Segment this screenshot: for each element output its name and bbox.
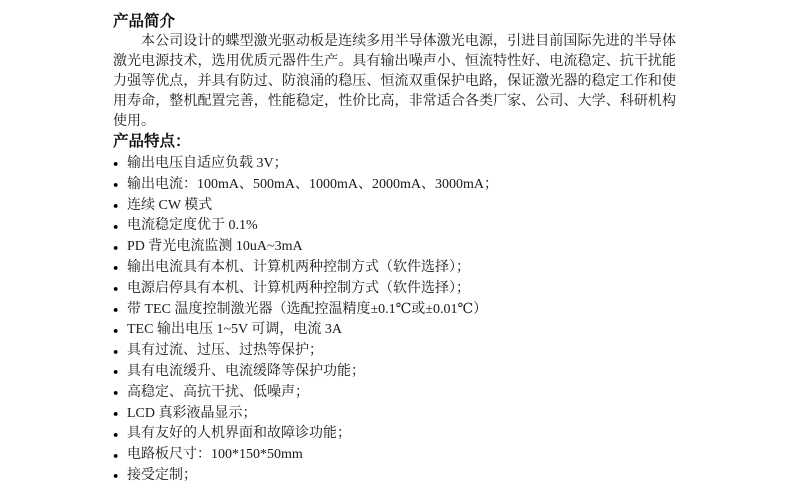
- bullet-icon: ●: [113, 409, 118, 418]
- bullet-icon: ●: [113, 160, 118, 169]
- feature-item: ●带 TEC 温度控制激光器（选配控温精度±0.1℃或±0.01℃）: [113, 300, 676, 321]
- feature-item: ●TEC 输出电压 1~5V 可调，电流 3A: [113, 320, 676, 341]
- feature-item: ●LCD 真彩液晶显示；: [113, 404, 676, 425]
- features-heading: 产品特点：: [113, 132, 676, 152]
- feature-item: ●连续 CW 模式: [113, 196, 676, 217]
- bullet-icon: ●: [113, 243, 118, 252]
- bullet-icon: ●: [113, 305, 118, 314]
- feature-item-label: 具有过流、过压、过热等保护；: [127, 343, 323, 358]
- feature-item: ●具有电流缓升、电流缓降等保护功能；: [113, 362, 676, 383]
- bullet-icon: ●: [113, 181, 118, 190]
- bullet-icon: ●: [113, 284, 118, 293]
- feature-item-label: 输出电流：100mA、500mA、1000mA、2000mA、3000mA；: [127, 177, 498, 192]
- feature-item-label: 高稳定、高抗干扰、低噪声；: [127, 385, 309, 400]
- bullet-icon: ●: [113, 201, 118, 210]
- feature-item: ●具有友好的人机界面和故障诊功能；: [113, 424, 676, 445]
- bullet-icon: ●: [113, 388, 118, 397]
- feature-item-label: 输出电压自适应负载 3V；: [127, 156, 288, 171]
- feature-item-label: 具有友好的人机界面和故障诊功能；: [127, 426, 351, 441]
- feature-item: ●电流稳定度优于 0.1%: [113, 216, 676, 237]
- document-page: 产品简介 本公司设计的蝶型激光驱动板是连续多用半导体激光电源，引进目前国际先进的…: [113, 12, 676, 485]
- feature-item-label: PD 背光电流监测 10uA~3mA: [127, 239, 303, 254]
- feature-item-label: 带 TEC 温度控制激光器（选配控温精度±0.1℃或±0.01℃）: [127, 302, 487, 317]
- intro-paragraph: 本公司设计的蝶型激光驱动板是连续多用半导体激光电源，引进目前国际先进的半导体激光…: [113, 32, 676, 132]
- feature-item-label: 接受定制；: [127, 468, 197, 483]
- bullet-icon: ●: [113, 326, 118, 335]
- bullet-icon: ●: [113, 368, 118, 377]
- bullet-icon: ●: [113, 347, 118, 356]
- feature-item-label: 连续 CW 模式: [127, 198, 212, 213]
- bullet-icon: ●: [113, 222, 118, 231]
- feature-item-label: TEC 输出电压 1~5V 可调，电流 3A: [127, 322, 342, 337]
- feature-item-label: 输出电流具有本机、计算机两种控制方式（软件选择）；: [127, 260, 470, 275]
- intro-heading: 产品简介: [113, 12, 676, 32]
- feature-item-label: LCD 真彩液晶显示；: [127, 406, 257, 421]
- feature-item-label: 具有电流缓升、电流缓降等保护功能；: [127, 364, 365, 379]
- feature-item: ●输出电流具有本机、计算机两种控制方式（软件选择）；: [113, 258, 676, 279]
- feature-item: ●电源启停具有本机、计算机两种控制方式（软件选择）；: [113, 279, 676, 300]
- bullet-icon: ●: [113, 430, 118, 439]
- features-list: ●输出电压自适应负载 3V；●输出电流：100mA、500mA、1000mA、2…: [113, 154, 676, 485]
- feature-item: ●电路板尺寸：100*150*50mm: [113, 445, 676, 466]
- feature-item: ●高稳定、高抗干扰、低噪声；: [113, 383, 676, 404]
- feature-item: ●接受定制；: [113, 466, 676, 485]
- bullet-icon: ●: [113, 264, 118, 273]
- feature-item: ●具有过流、过压、过热等保护；: [113, 341, 676, 362]
- bullet-icon: ●: [113, 472, 118, 481]
- feature-item: ●输出电流：100mA、500mA、1000mA、2000mA、3000mA；: [113, 175, 676, 196]
- feature-item-label: 电路板尺寸：100*150*50mm: [127, 447, 303, 462]
- feature-item-label: 电源启停具有本机、计算机两种控制方式（软件选择）；: [127, 281, 470, 296]
- feature-item: ●输出电压自适应负载 3V；: [113, 154, 676, 175]
- bullet-icon: ●: [113, 451, 118, 460]
- feature-item: ●PD 背光电流监测 10uA~3mA: [113, 237, 676, 258]
- feature-item-label: 电流稳定度优于 0.1%: [127, 218, 258, 233]
